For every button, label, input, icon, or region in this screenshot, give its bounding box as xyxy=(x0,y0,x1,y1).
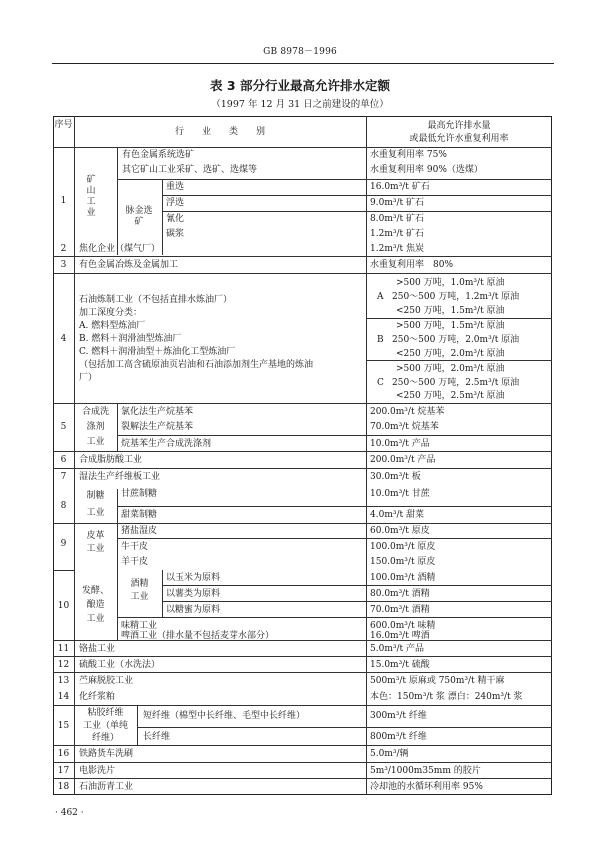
row5-item3-value: 10.0m³/t 产品 xyxy=(370,438,430,450)
row10-subgroup-1: 工业 xyxy=(117,591,162,603)
row2-name: 焦化企业（煤气厂） xyxy=(79,243,160,255)
row1-line-fuxuan xyxy=(162,211,552,212)
row1-item1-name: 有色金属系统选矿 xyxy=(122,149,194,161)
page-number: · 462 · xyxy=(55,808,84,818)
row13-value: 500m³/t 原麻或 750m³/t 精干麻 xyxy=(370,675,505,687)
col-divider-value xyxy=(366,116,367,795)
row15-item1-value: 300m³/t 纤维 xyxy=(370,710,427,722)
row5-item2-name: 裂解法生产烷基苯 xyxy=(121,421,193,433)
row3-seq: 3 xyxy=(53,259,74,271)
row2-value: 1.2m³/t 焦炭 xyxy=(370,243,424,255)
col-divider-subgroup-1 xyxy=(162,179,163,255)
row8-subline xyxy=(117,506,552,507)
row15-top xyxy=(53,705,552,706)
row10-top xyxy=(53,570,75,571)
row4-class-C-v0: >500 万吨，2.0m³/t 原油 xyxy=(396,363,505,375)
col-divider-group-1 xyxy=(117,147,118,255)
row4-class-C-label: C xyxy=(377,377,384,389)
row15-seq: 15 xyxy=(53,720,74,732)
row4-class-C-v2: <250 万吨，2.5m³/t 原油 xyxy=(396,390,505,402)
row4-class-B-v2: <250 万吨，2.0m³/t 原油 xyxy=(396,348,505,360)
header-value-1: 最高允许排水量 xyxy=(366,120,552,132)
row10-item2-name: 以薯类为原料 xyxy=(166,588,220,600)
row8-group-1: 工业 xyxy=(74,507,117,519)
row12-top xyxy=(53,656,552,657)
row10-item2-value: 80.0m³/t 酒精 xyxy=(370,588,430,600)
row3-name: 有色金属冶炼及金属加工 xyxy=(79,259,178,271)
row5-seq: 5 xyxy=(53,421,74,433)
row6-seq: 6 xyxy=(53,454,74,466)
row4-class-A-v2: <250 万吨，1.5m³/t 原油 xyxy=(396,305,505,317)
row5-item3-name: 烷基苯生产合成洗涤剂 xyxy=(121,438,211,450)
row6-value: 200.0m³/t 产品 xyxy=(370,454,435,466)
row9-item1-value: 60.0m³/t 原皮 xyxy=(370,525,430,537)
row11-name: 铬盐工业 xyxy=(79,643,115,655)
row17-top xyxy=(53,762,552,763)
row1-item2-name: 其它矿山工业采矿、选矿、选煤等 xyxy=(122,164,257,176)
row5-item1-value: 200.0m³/t 烷基苯 xyxy=(370,406,444,418)
row9-seq: 9 xyxy=(53,538,74,550)
row9-top xyxy=(53,523,552,524)
row14-name: 化纤浆粕 xyxy=(79,691,115,703)
row4-desc-0: 石油炼制工业（不包括直排水炼油厂） xyxy=(79,294,232,306)
row9-group-0: 皮革 xyxy=(74,530,117,542)
row8-item1-name: 甘蔗制糖 xyxy=(121,488,157,500)
row1-item3-value: 16.0m³/t 矿石 xyxy=(370,181,430,193)
row4-class-A-v1: 250～500 万吨，1.2m³/t 原油 xyxy=(392,291,519,303)
row4-A-bottom xyxy=(366,318,552,319)
row7-value: 30.0m³/t 板 xyxy=(370,471,421,483)
row8-item1-value: 10.0m³/t 甘蔗 xyxy=(370,488,430,500)
row17-seq: 17 xyxy=(53,765,74,777)
row10-item3-name: 以糖蜜为原料 xyxy=(166,604,220,616)
row8-seq: 8 xyxy=(53,500,74,512)
row6-top xyxy=(53,451,552,452)
row9-group-1: 工业 xyxy=(74,543,117,555)
col-divider-group-5 xyxy=(117,404,118,451)
row14-value: 本色：150m³/t 浆 漂白：240m³/t 浆 xyxy=(370,691,523,703)
row10-item3-value: 70.0m³/t 酒精 xyxy=(370,604,430,616)
row12-name: 硫酸工业（水洗法） xyxy=(79,659,160,671)
row8-item2-value: 4.0m³/t 甜菜 xyxy=(370,509,424,521)
row8-item2-name: 甜菜制糖 xyxy=(121,509,157,521)
row13-name: 苎麻脱胶工业 xyxy=(79,675,133,687)
row4-desc-4: C. 燃料＋润滑油型＋炼油化工型炼油厂 xyxy=(79,346,235,358)
row5-top xyxy=(53,403,552,404)
row18-value: 冷却池的水循环利用率 95% xyxy=(370,781,483,793)
row1-item6-value: 1.2m³/t 矿石 xyxy=(370,228,424,240)
row5-item1-name: 氯化法生产烷基苯 xyxy=(121,406,193,418)
row11-value: 5.0m³/t 产品 xyxy=(370,643,424,655)
row11-seq: 11 xyxy=(53,643,74,655)
row1-item4-name: 浮选 xyxy=(166,197,184,209)
row9-item3-name: 羊干皮 xyxy=(121,556,148,568)
row4-seq: 4 xyxy=(53,333,74,345)
row16-top xyxy=(53,745,552,746)
row5-group-1: 涤剂 xyxy=(74,421,117,433)
row16-seq: 16 xyxy=(53,748,74,760)
row1-seq: 1 xyxy=(53,195,74,207)
row15-group-1: 工业（单纯 xyxy=(74,720,137,732)
row15-group-2: 纤维） xyxy=(74,732,137,744)
row18-top xyxy=(53,778,552,779)
row3-value: 水重复利用率 80% xyxy=(370,259,453,271)
row1-subgroup: 脉金选矿 xyxy=(124,206,154,228)
row4-class-B-v0: >500 万吨，1.5m³/t 原油 xyxy=(396,320,505,332)
row10-sub-b xyxy=(162,601,552,602)
row2-seq: 2 xyxy=(53,243,74,255)
header-value-2: 或最低允许水重复利用率 xyxy=(366,133,552,145)
row8-group-0: 制糖 xyxy=(74,490,117,502)
row4-class-B-label: B xyxy=(377,334,384,346)
row4-B-bottom xyxy=(366,360,552,361)
row4-desc-3: B. 燃料＋润滑油型炼油厂 xyxy=(79,333,181,345)
row10-item5-value: 16.0m³/t 啤酒 xyxy=(370,630,430,642)
row1-item1-value: 水重复利用率 75% xyxy=(370,149,447,161)
row3-top xyxy=(53,256,552,257)
row9-item1-name: 猪盐湿皮 xyxy=(121,525,157,537)
row1-item4-value: 9.0m³/t 矿石 xyxy=(370,197,424,209)
row10-item5-name: 啤酒工业（排水量不包括麦芽水部分） xyxy=(121,630,274,642)
row5-subline xyxy=(117,435,552,436)
table-subtitle: （1997 年 12 月 31 日之前建设的单位） xyxy=(0,96,600,110)
row15-item2-name: 长纤维 xyxy=(143,731,170,743)
row1-line-chongxuan xyxy=(162,195,552,196)
row4-desc-5: （包括加工高含硫原油页岩油和石油添加剂生产基地的炼油 xyxy=(79,359,313,371)
header-bottom-line xyxy=(53,147,552,148)
row4-class-B-v1: 250～500 万吨，2.0m³/t 原油 xyxy=(392,334,519,346)
row18-seq: 18 xyxy=(53,781,74,793)
row12-value: 15.0m³/t 硫酸 xyxy=(370,659,430,671)
row12-seq: 12 xyxy=(53,659,74,671)
row4-class-C-v1: 250～500 万吨，2.5m³/t 原油 xyxy=(392,377,519,389)
row7-name: 湿法生产纤维板工业 xyxy=(79,471,160,483)
row10-seq: 10 xyxy=(53,600,74,612)
row5-item2-value: 70.0m³/t 烷基苯 xyxy=(370,421,439,433)
row9-item2-value: 100.0m³/t 原皮 xyxy=(370,541,435,553)
row4-top xyxy=(53,273,552,274)
row1-item5-value: 8.0m³/t 矿石 xyxy=(370,213,424,225)
row15-subline xyxy=(137,727,552,728)
row10-group-0: 发酵、 xyxy=(74,585,117,597)
row15-item2-value: 800m³/t 纤维 xyxy=(370,731,427,743)
row4-desc-1: 加工深度分类： xyxy=(79,307,142,319)
row4-desc-2: A. 燃料型炼油厂 xyxy=(79,320,145,332)
header-category: 行 业 类 别 xyxy=(74,126,366,138)
row1-item6-name: 碳浆 xyxy=(166,228,184,240)
row1-group: 矿山工业 xyxy=(84,175,98,219)
header-rule xyxy=(52,63,554,64)
row17-name: 电影洗片 xyxy=(79,765,115,777)
table-title: 表 3 部分行业最高允许排水定额 xyxy=(0,76,600,94)
document-header: GB 8978－1996 xyxy=(0,44,600,57)
row9-item3-value: 150.0m³/t 原皮 xyxy=(370,556,435,568)
row14-seq: 14 xyxy=(53,691,74,703)
row4-class-A-label: A xyxy=(377,291,384,303)
col-divider-group-15 xyxy=(137,705,138,745)
row7-top xyxy=(53,468,552,469)
row18-name: 石油沥青工业 xyxy=(79,781,133,793)
row10-item1-name: 以玉米为原料 xyxy=(166,572,220,584)
row6-name: 合成脂肪酸工业 xyxy=(79,454,142,466)
row15-group-0: 粘胶纤维 xyxy=(74,707,137,719)
row9-item2-name: 牛干皮 xyxy=(121,541,148,553)
row10-sub-a xyxy=(162,585,552,586)
row13-seq: 13 xyxy=(53,675,74,687)
row4-class-A-v0: >500 万吨，1.0m³/t 原油 xyxy=(396,277,505,289)
header-seq: 序号 xyxy=(53,120,74,131)
row10-group-2: 工业 xyxy=(74,613,117,625)
row10-subgroup-0: 酒精 xyxy=(117,578,162,590)
row5-group-2: 工业 xyxy=(74,436,117,448)
row13-top xyxy=(53,672,552,673)
row15-item1-name: 短纤维（棉型中长纤维、毛型中长纤维） xyxy=(143,710,305,722)
row9-subline xyxy=(117,538,552,539)
row1-subline xyxy=(117,179,552,180)
row1-item3-name: 重选 xyxy=(166,181,184,193)
row16-value: 5.0m³/辆 xyxy=(370,748,409,760)
row10-sub-c xyxy=(117,617,552,618)
row4-desc-6: 厂） xyxy=(79,372,97,384)
row7-seq: 7 xyxy=(53,471,74,483)
row16-name: 铁路货车洗刷 xyxy=(79,748,133,760)
row5-group-0: 合成洗 xyxy=(74,406,117,418)
row10-item1-value: 100.0m³/t 酒精 xyxy=(370,572,435,584)
row17-value: 5m³/1000m35mm 的胶片 xyxy=(370,765,481,777)
row10-group-1: 酿造 xyxy=(74,599,117,611)
row1-item2-value: 水重复利用率 90%（选煤） xyxy=(370,164,483,176)
col-divider-subgroup-10 xyxy=(162,570,163,617)
row1-item5-name: 氰化 xyxy=(166,213,184,225)
col-divider-seq xyxy=(74,116,75,795)
